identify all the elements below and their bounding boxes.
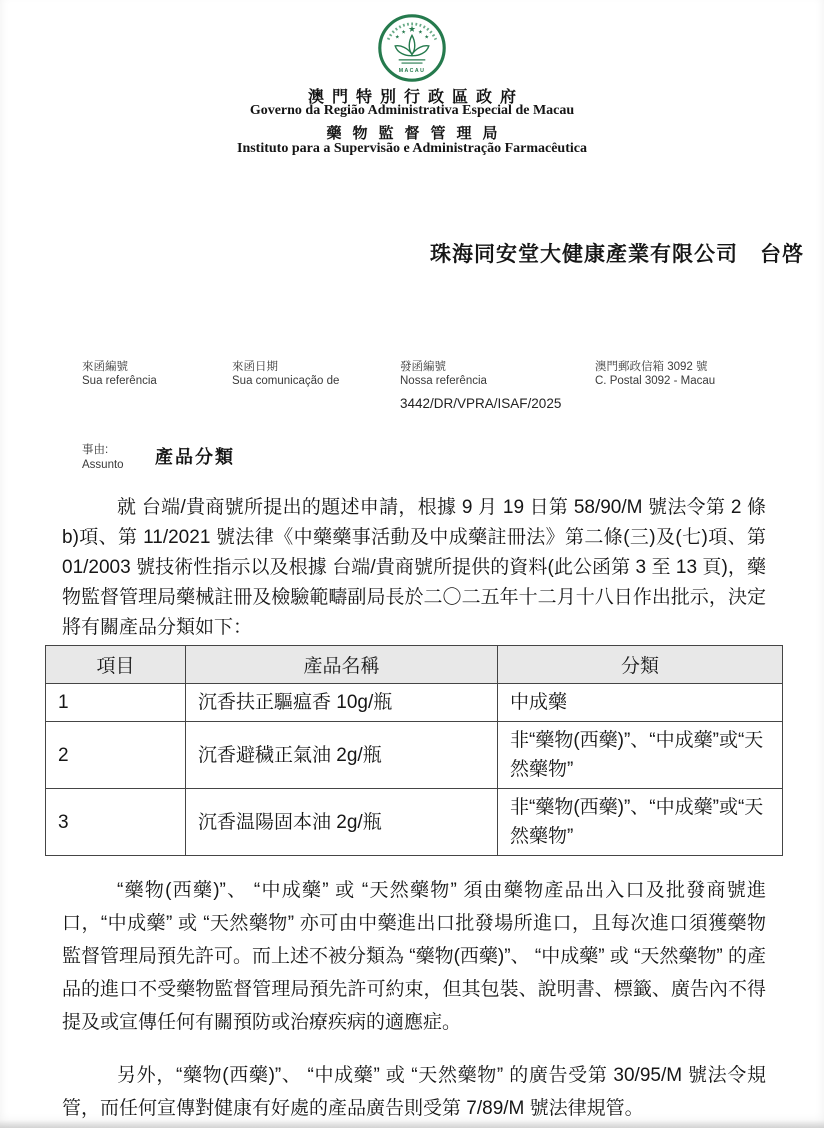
our-reference-label-pt: Nossa referência	[400, 375, 487, 387]
bureau-name-zh: 藥物監督管理局	[0, 122, 824, 143]
header-item: 項目	[46, 646, 186, 684]
our-reference-label-zh: 發函編號	[400, 360, 487, 374]
emblem-caption: MACAU	[399, 68, 426, 74]
government-name-pt: Governo da Região Administrativa Especia…	[0, 103, 824, 119]
body-paragraph-2: “藥物(西藥)”、 “中成藥” 或 “天然藥物” 須由藥物產品出入口及批發商號進…	[62, 874, 766, 1039]
header-classification: 分類	[498, 646, 783, 684]
classification-cell: 非“藥物(西藥)”、“中成藥”或“天然藥物”	[498, 722, 783, 789]
your-reference-label-zh: 來函編號	[82, 360, 157, 374]
official-letter-page: MACAU 澳門特別行政區政府 Governo da Região Admini…	[0, 0, 824, 1128]
po-box-label: 澳門郵政信箱 3092 號 C. Postal 3092 - Macau	[595, 360, 715, 388]
product-cell: 沉香避穢正氣油 2g/瓶	[186, 722, 498, 789]
classification-table: 項目 產品名稱 分類 1 沉香扶正驅瘟香 10g/瓶 中成藥 2 沉香避穢正氣油…	[45, 645, 783, 856]
your-communication-date-label-zh: 來函日期	[232, 360, 339, 374]
recipient-line: 珠海同安堂大健康產業有限公司 台啓	[430, 238, 804, 268]
our-reference-number: 3442/DR/VPRA/ISAF/2025	[400, 396, 561, 411]
po-box-zh: 澳門郵政信箱 3092 號	[595, 360, 715, 374]
product-cell: 沉香扶正驅瘟香 10g/瓶	[186, 684, 498, 722]
table-header-row: 項目 產品名稱 分類	[46, 646, 783, 684]
bureau-name-pt: Instituto para a Supervisão e Administra…	[0, 141, 824, 157]
subject-label-pt: Assunto	[82, 459, 124, 471]
classification-cell: 非“藥物(西藥)”、“中成藥”或“天然藥物”	[498, 789, 783, 856]
table-row: 3 沉香温陽固本油 2g/瓶 非“藥物(西藥)”、“中成藥”或“天然藥物”	[46, 789, 783, 856]
classification-cell: 中成藥	[498, 684, 783, 722]
subject-label-zh: 事由:	[82, 443, 124, 458]
subject-value: 產品分類	[155, 443, 235, 469]
our-reference-label: 發函編號 Nossa referência	[400, 360, 487, 388]
your-reference-label: 來函編號 Sua referência	[82, 360, 157, 388]
subject-label: 事由: Assunto	[82, 443, 124, 473]
item-cell: 3	[46, 789, 186, 856]
table-row: 2 沉香避穢正氣油 2g/瓶 非“藥物(西藥)”、“中成藥”或“天然藥物”	[46, 722, 783, 789]
body-paragraph-1: 就 台端/貴商號所提出的題述申請，根據 9 月 19 日第 58/90/M 號法…	[62, 493, 766, 643]
product-cell: 沉香温陽固本油 2g/瓶	[186, 789, 498, 856]
header-product-name: 產品名稱	[186, 646, 498, 684]
macau-sar-emblem-icon: MACAU	[377, 12, 447, 84]
item-cell: 2	[46, 722, 186, 789]
po-box-pt: C. Postal 3092 - Macau	[595, 375, 715, 387]
your-reference-label-pt: Sua referência	[82, 375, 157, 387]
body-paragraph-3: 另外，“藥物(西藥)”、 “中成藥” 或 “天然藥物” 的廣告受第 30/95/…	[62, 1059, 766, 1125]
scan-edge-shadow	[0, 1120, 824, 1128]
item-cell: 1	[46, 684, 186, 722]
lower-body: “藥物(西藥)”、 “中成藥” 或 “天然藥物” 須由藥物產品出入口及批發商號進…	[62, 874, 766, 1125]
your-communication-date-label: 來函日期 Sua comunicação de	[232, 360, 339, 388]
table-row: 1 沉香扶正驅瘟香 10g/瓶 中成藥	[46, 684, 783, 722]
your-communication-date-label-pt: Sua comunicação de	[232, 375, 339, 387]
